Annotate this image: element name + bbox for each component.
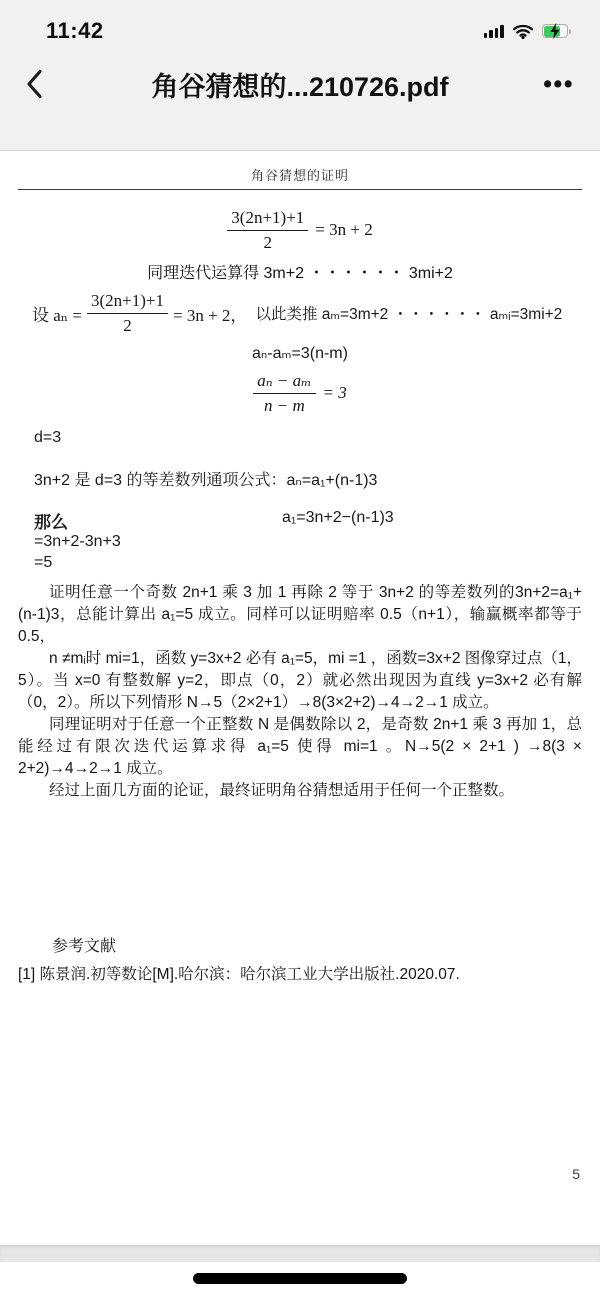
setup-prefix: 设 aₙ =	[32, 301, 82, 326]
reference-item: [1] 陈景润.初等数论[M].哈尔滨：哈尔滨工业大学出版社.2020.07.	[18, 962, 582, 984]
formula-rhs: = 3n + 2	[315, 220, 372, 240]
page-number: 5	[572, 1166, 580, 1182]
equation-line-1: =3n+2-3n+3	[34, 533, 582, 551]
chevron-left-icon	[26, 69, 43, 99]
then-formula: a₁=3n+2−(n-1)3	[282, 509, 394, 527]
more-button[interactable]: •••	[543, 72, 574, 97]
nav-bar: 角谷猜想的...210726.pdf •••	[0, 42, 600, 126]
iteration-line: 同理迭代运算得 3m+2 ・・・・・・ 3mi+2	[0, 260, 600, 283]
fraction: aₙ − aₘ n − m	[253, 371, 315, 415]
setup-line: 设 aₙ = 3(2n+1)+1 2 = 3n + 2， 以此类推 aₘ=3m+…	[32, 291, 586, 335]
cellular-signal-icon	[484, 25, 504, 38]
fraction-denominator: n − m	[253, 393, 315, 416]
page-running-header: 角谷猜想的证明	[0, 151, 600, 184]
difference-line: aₙ-aₘ=3(n-m)	[0, 343, 600, 363]
equation-line-2: =5	[34, 554, 582, 572]
fraction: 3(2n+1)+1 2	[87, 291, 168, 335]
header-rule	[18, 189, 582, 190]
back-button[interactable]	[26, 64, 60, 104]
bottom-area	[0, 1262, 600, 1298]
references-heading: 参考文献	[52, 933, 600, 956]
setup-suffix: 以此类推 aₘ=3m+2 ・・・・・・ aₘᵢ=3mi+2	[255, 302, 562, 324]
fraction-numerator: aₙ − aₘ	[253, 371, 315, 393]
fraction-numerator: 3(2n+1)+1	[87, 291, 168, 313]
fraction: 3(2n+1)+1 2	[227, 208, 308, 252]
fraction-denominator: 2	[87, 313, 168, 336]
document-title: 角谷猜想的...210726.pdf	[60, 65, 540, 104]
pdf-viewer-screen: 11:42	[0, 0, 600, 1299]
fraction-numerator: 3(2n+1)+1	[227, 208, 308, 230]
top-bar: 11:42	[0, 0, 600, 151]
lightning-bolt-icon	[548, 22, 562, 40]
paragraph: 证明任意一个奇数 2n+1 乘 3 加 1 再除 2 等于 3n+2 的等差数列…	[18, 582, 582, 648]
status-time: 11:42	[46, 18, 104, 44]
setup-mid: = 3n + 2，	[173, 301, 247, 326]
references-section: 参考文献 [1] 陈景润.初等数论[M].哈尔滨：哈尔滨工业大学出版社.2020…	[0, 933, 600, 984]
status-bar: 11:42	[0, 0, 600, 42]
body-paragraphs: 证明任意一个奇数 2n+1 乘 3 加 1 再除 2 等于 3n+2 的等差数列…	[18, 582, 582, 802]
ratio-formula: aₙ − aₘ n − m = 3	[0, 371, 600, 415]
paragraph: 同理证明对于任意一个正整数 N 是偶数除以 2，是奇数 2n+1 乘 3 再加 …	[18, 714, 582, 780]
pdf-page[interactable]: 角谷猜想的证明 3(2n+1)+1 2 = 3n + 2 同理迭代运算得 3m+…	[0, 151, 600, 1245]
paragraph: n ≠mᵢ时 mi=1，函数 y=3x+2 必有 a₁=5，mi =1 ，函数=…	[18, 648, 582, 714]
status-icons	[484, 23, 572, 39]
d-equals-line: d=3	[34, 429, 582, 447]
formula-rhs: = 3	[323, 383, 347, 403]
then-row: 那么 a₁=3n+2−(n-1)3	[34, 508, 582, 530]
wifi-icon	[512, 23, 534, 39]
then-label: 那么	[34, 513, 68, 532]
home-indicator[interactable]	[193, 1273, 407, 1284]
paragraph: 经过上面几方面的论证，最终证明角谷猜想适用于任何一个正整数。	[18, 780, 582, 802]
battery-charging-icon	[542, 24, 572, 38]
page-gap-divider	[0, 1245, 600, 1262]
general-term-line: 3n+2 是 d=3 的等差数列通项公式：aₙ=a₁+(n-1)3	[34, 467, 582, 490]
formula-top: 3(2n+1)+1 2 = 3n + 2	[0, 208, 600, 252]
fraction-denominator: 2	[227, 230, 308, 253]
